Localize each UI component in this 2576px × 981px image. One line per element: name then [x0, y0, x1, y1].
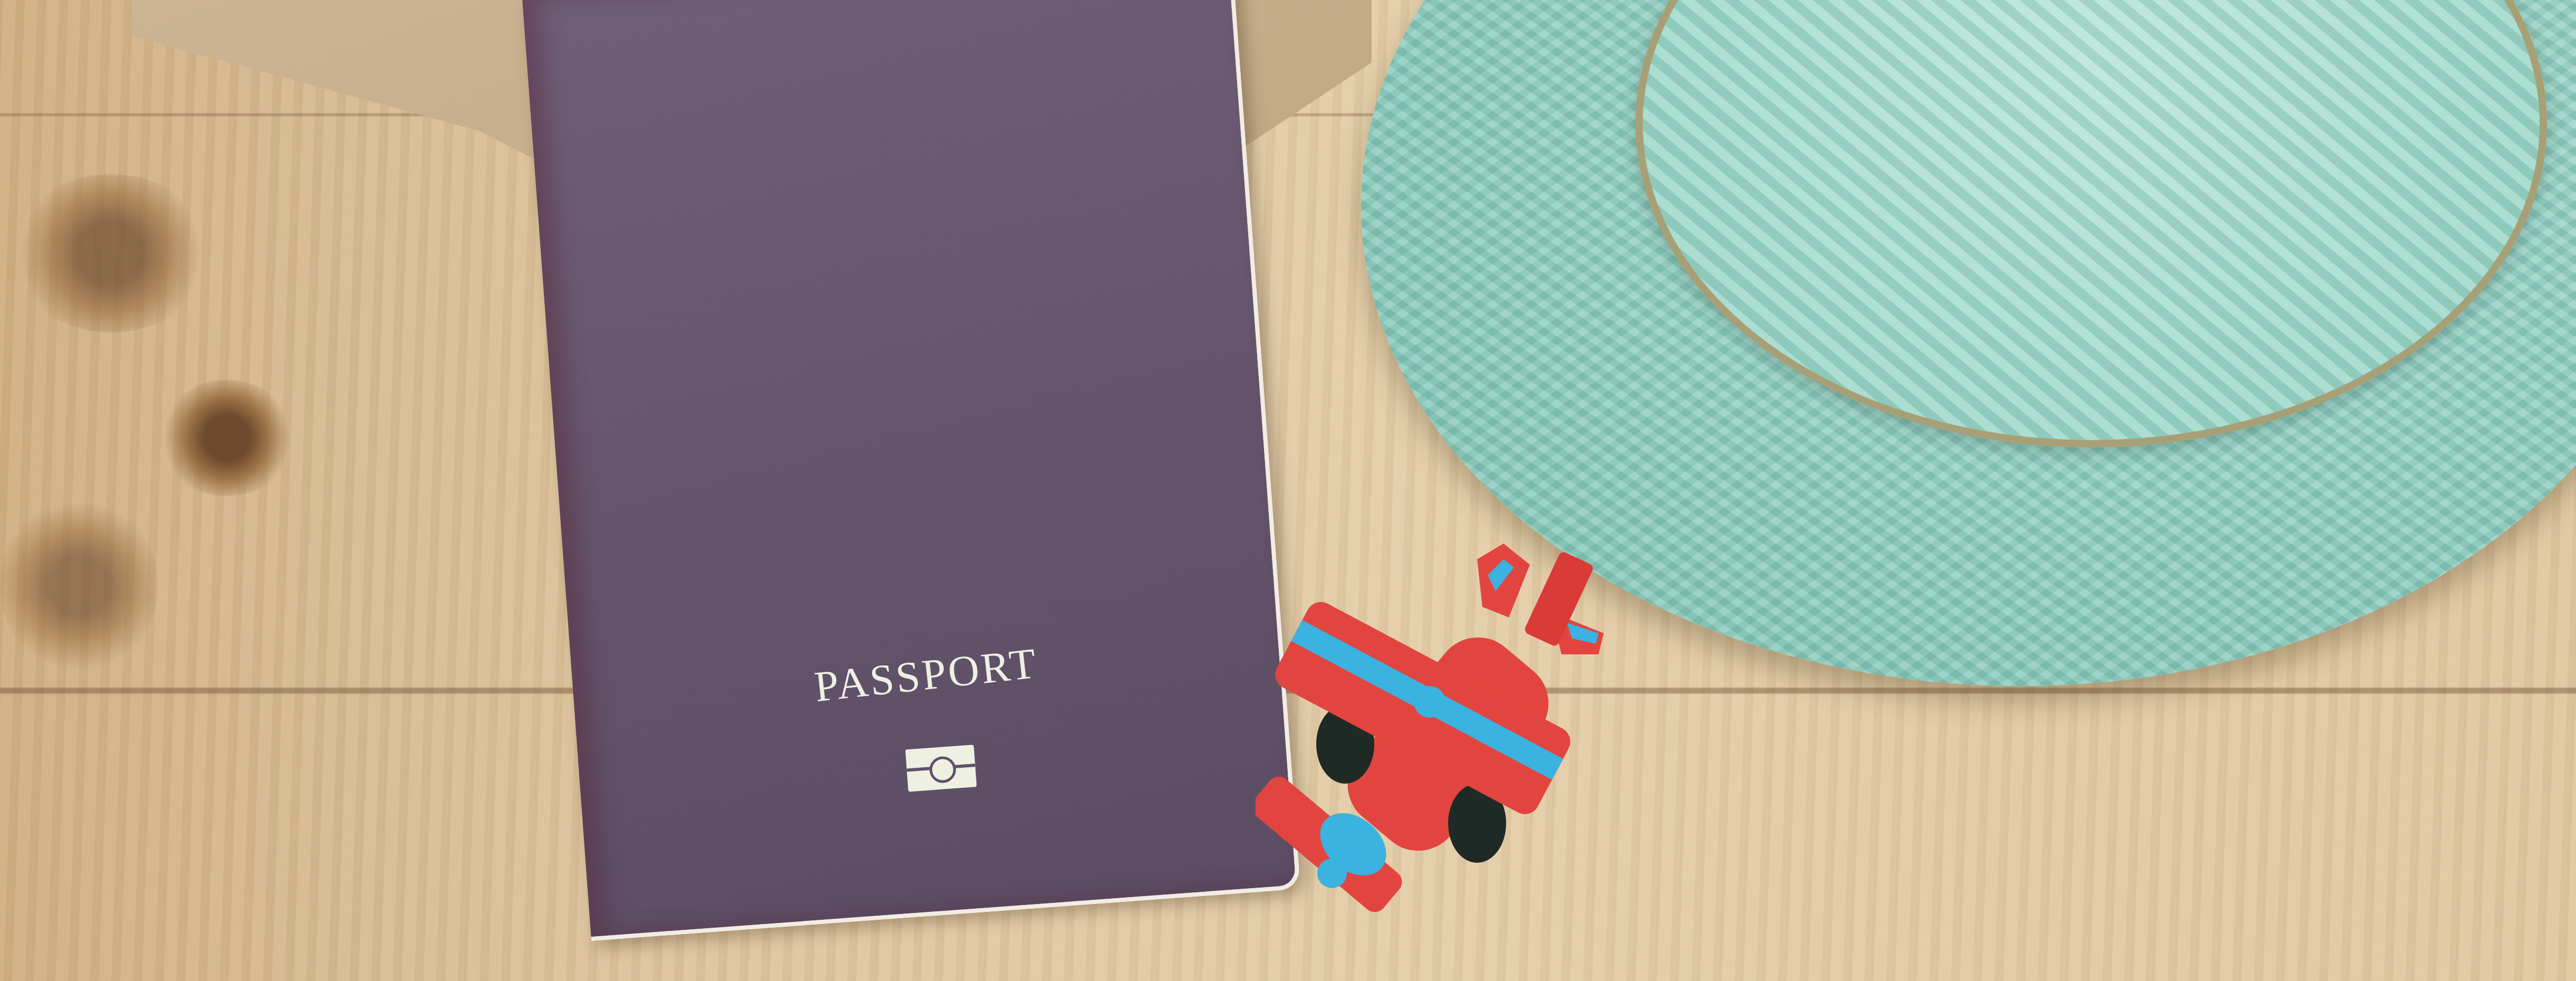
passport-title: PASSPORT [572, 612, 1280, 738]
wood-knot [158, 380, 295, 496]
wood-knot [0, 496, 158, 675]
propeller-cap [1317, 859, 1347, 888]
airplane-tail [1477, 544, 1604, 654]
toy-airplane [1256, 528, 1625, 929]
passport: PASSPORT [522, 0, 1300, 941]
e-passport-chip-icon [905, 745, 977, 792]
wing-bolt [1414, 686, 1445, 718]
wood-knot [11, 174, 211, 332]
